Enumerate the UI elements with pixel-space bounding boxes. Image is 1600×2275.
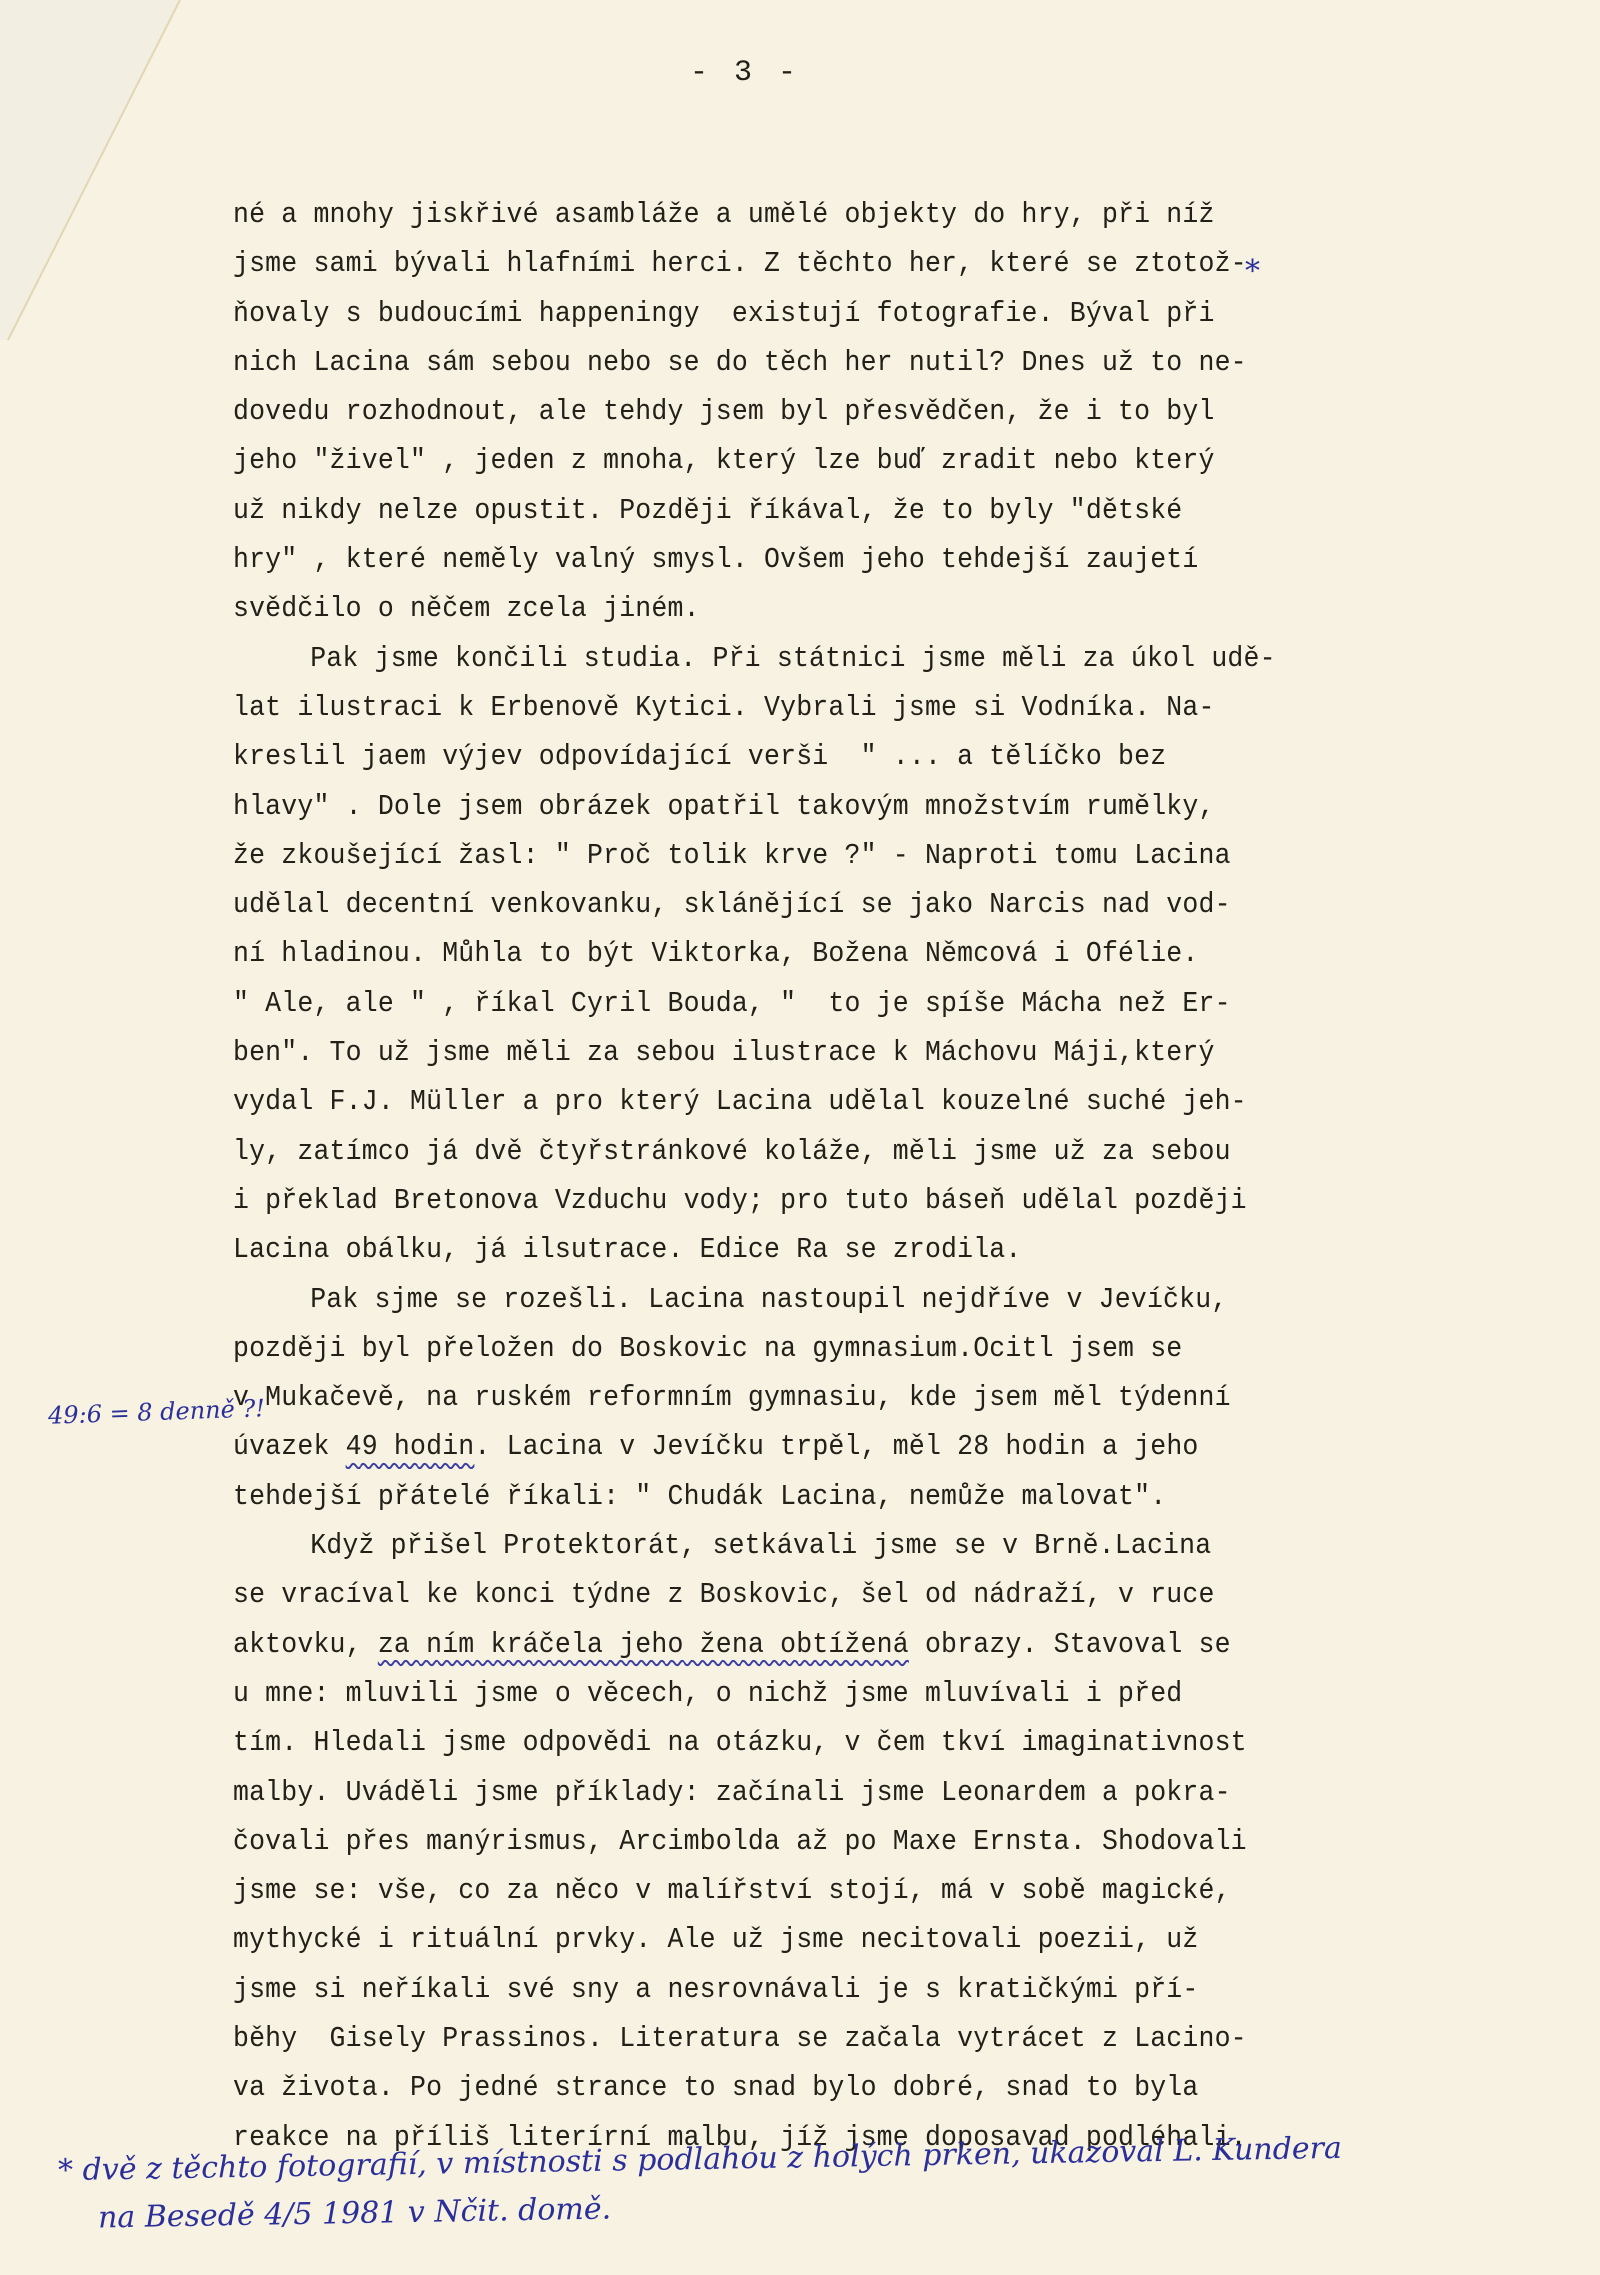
text-line: čovali přes manýrismus, Arcimbolda až po… (233, 1817, 1470, 1866)
text-line: že zkoušející žasl: " Proč tolik krve ?"… (233, 831, 1470, 880)
text-line: lat ilustraci k Erbenově Kytici. Vybrali… (233, 683, 1470, 732)
text-line: ly, zatímco já dvě čtyřstránkové koláže,… (233, 1127, 1470, 1176)
text-line: Pak sjme se rozešli. Lacina nastoupil ne… (233, 1275, 1470, 1324)
text-line: udělal decentní venkovanku, sklánějící s… (233, 880, 1470, 929)
text-line: kreslil jaem výjev odpovídající verši " … (233, 732, 1470, 781)
text-line: tím. Hledali jsme odpovědi na otázku, v … (233, 1718, 1470, 1767)
text-line: Když přišel Protektorát, setkávali jsme … (233, 1521, 1470, 1570)
text-line: svědčilo o něčem zcela jiném. (233, 584, 1470, 633)
text-line: později byl přeložen do Boskovic na gymn… (233, 1324, 1470, 1373)
pen-underline: 49 hodin (346, 1430, 475, 1463)
typed-body-text: né a mnohy jiskřivé asambláže a umělé ob… (233, 190, 1563, 2162)
text-line: malby. Uváděli jsme příklady: začínali j… (233, 1768, 1470, 1817)
text-line: i překlad Bretonova Vzduchu vody; pro tu… (233, 1176, 1470, 1225)
text-line: jsme se: vše, co za něco v malířství sto… (233, 1866, 1470, 1915)
text-line: né a mnohy jiskřivé asambláže a umělé ob… (233, 190, 1470, 239)
text-line: v Mukačevě, na ruském reformním gymnasiu… (233, 1373, 1470, 1422)
text-line: nich Lacina sám sebou nebo se do těch he… (233, 338, 1470, 387)
text-line: Lacina obálku, já ilsutrace. Edice Ra se… (233, 1225, 1470, 1274)
text-line: se vracíval ke konci týdne z Boskovic, š… (233, 1570, 1470, 1619)
pen-underline: za ním kráčela jeho žena obtížená (378, 1628, 909, 1661)
page-number: - 3 - (690, 56, 800, 90)
handwritten-asterisk: * (1245, 254, 1260, 289)
text-line: už nikdy nelze opustit. Později říkával,… (233, 486, 1470, 535)
text-line: dovedu rozhodnout, ale tehdy jsem byl př… (233, 387, 1470, 436)
text-line: ben". To už jsme měli za sebou ilustrace… (233, 1028, 1470, 1077)
text-line: " Ale, ale " , říkal Cyril Bouda, " to j… (233, 979, 1470, 1028)
text-line: aktovku, za ním kráčela jeho žena obtíže… (233, 1620, 1470, 1669)
text-line: va života. Po jedné strance to snad bylo… (233, 2063, 1470, 2112)
text-line: jsme si neříkali své sny a nesrovnávali … (233, 1965, 1470, 2014)
text-line: jsme sami bývali hlafními herci. Z těcht… (233, 239, 1470, 288)
text-line: ňovaly s budoucími happeningy existují f… (233, 289, 1470, 338)
text-line: hlavy" . Dole jsem obrázek opatřil takov… (233, 782, 1470, 831)
text-line: mythycké i rituální prvky. Ale už jsme n… (233, 1915, 1470, 1964)
text-line: Pak jsme končili studia. Při státnici js… (233, 634, 1470, 683)
text-line: ní hladinou. Můhla to být Viktorka, Bože… (233, 929, 1470, 978)
text-line: jeho "živel" , jeden z mnoha, který lze … (233, 436, 1470, 485)
text-line: hry" , které neměly valný smysl. Ovšem j… (233, 535, 1470, 584)
text-line: běhy Gisely Prassinos. Literatura se zač… (233, 2014, 1470, 2063)
text-line: vydal F.J. Müller a pro který Lacina udě… (233, 1077, 1470, 1126)
text-line: úvazek 49 hodin. Lacina v Jevíčku trpěl,… (233, 1422, 1470, 1471)
text-line: u mne: mluvili jsme o věcech, o nichž js… (233, 1669, 1470, 1718)
handwritten-footnote-line-2: na Besedě 4/5 1981 v Nčit. domě. (98, 2192, 612, 2236)
text-line: tehdejší přátelé říkali: " Chudák Lacina… (233, 1472, 1470, 1521)
